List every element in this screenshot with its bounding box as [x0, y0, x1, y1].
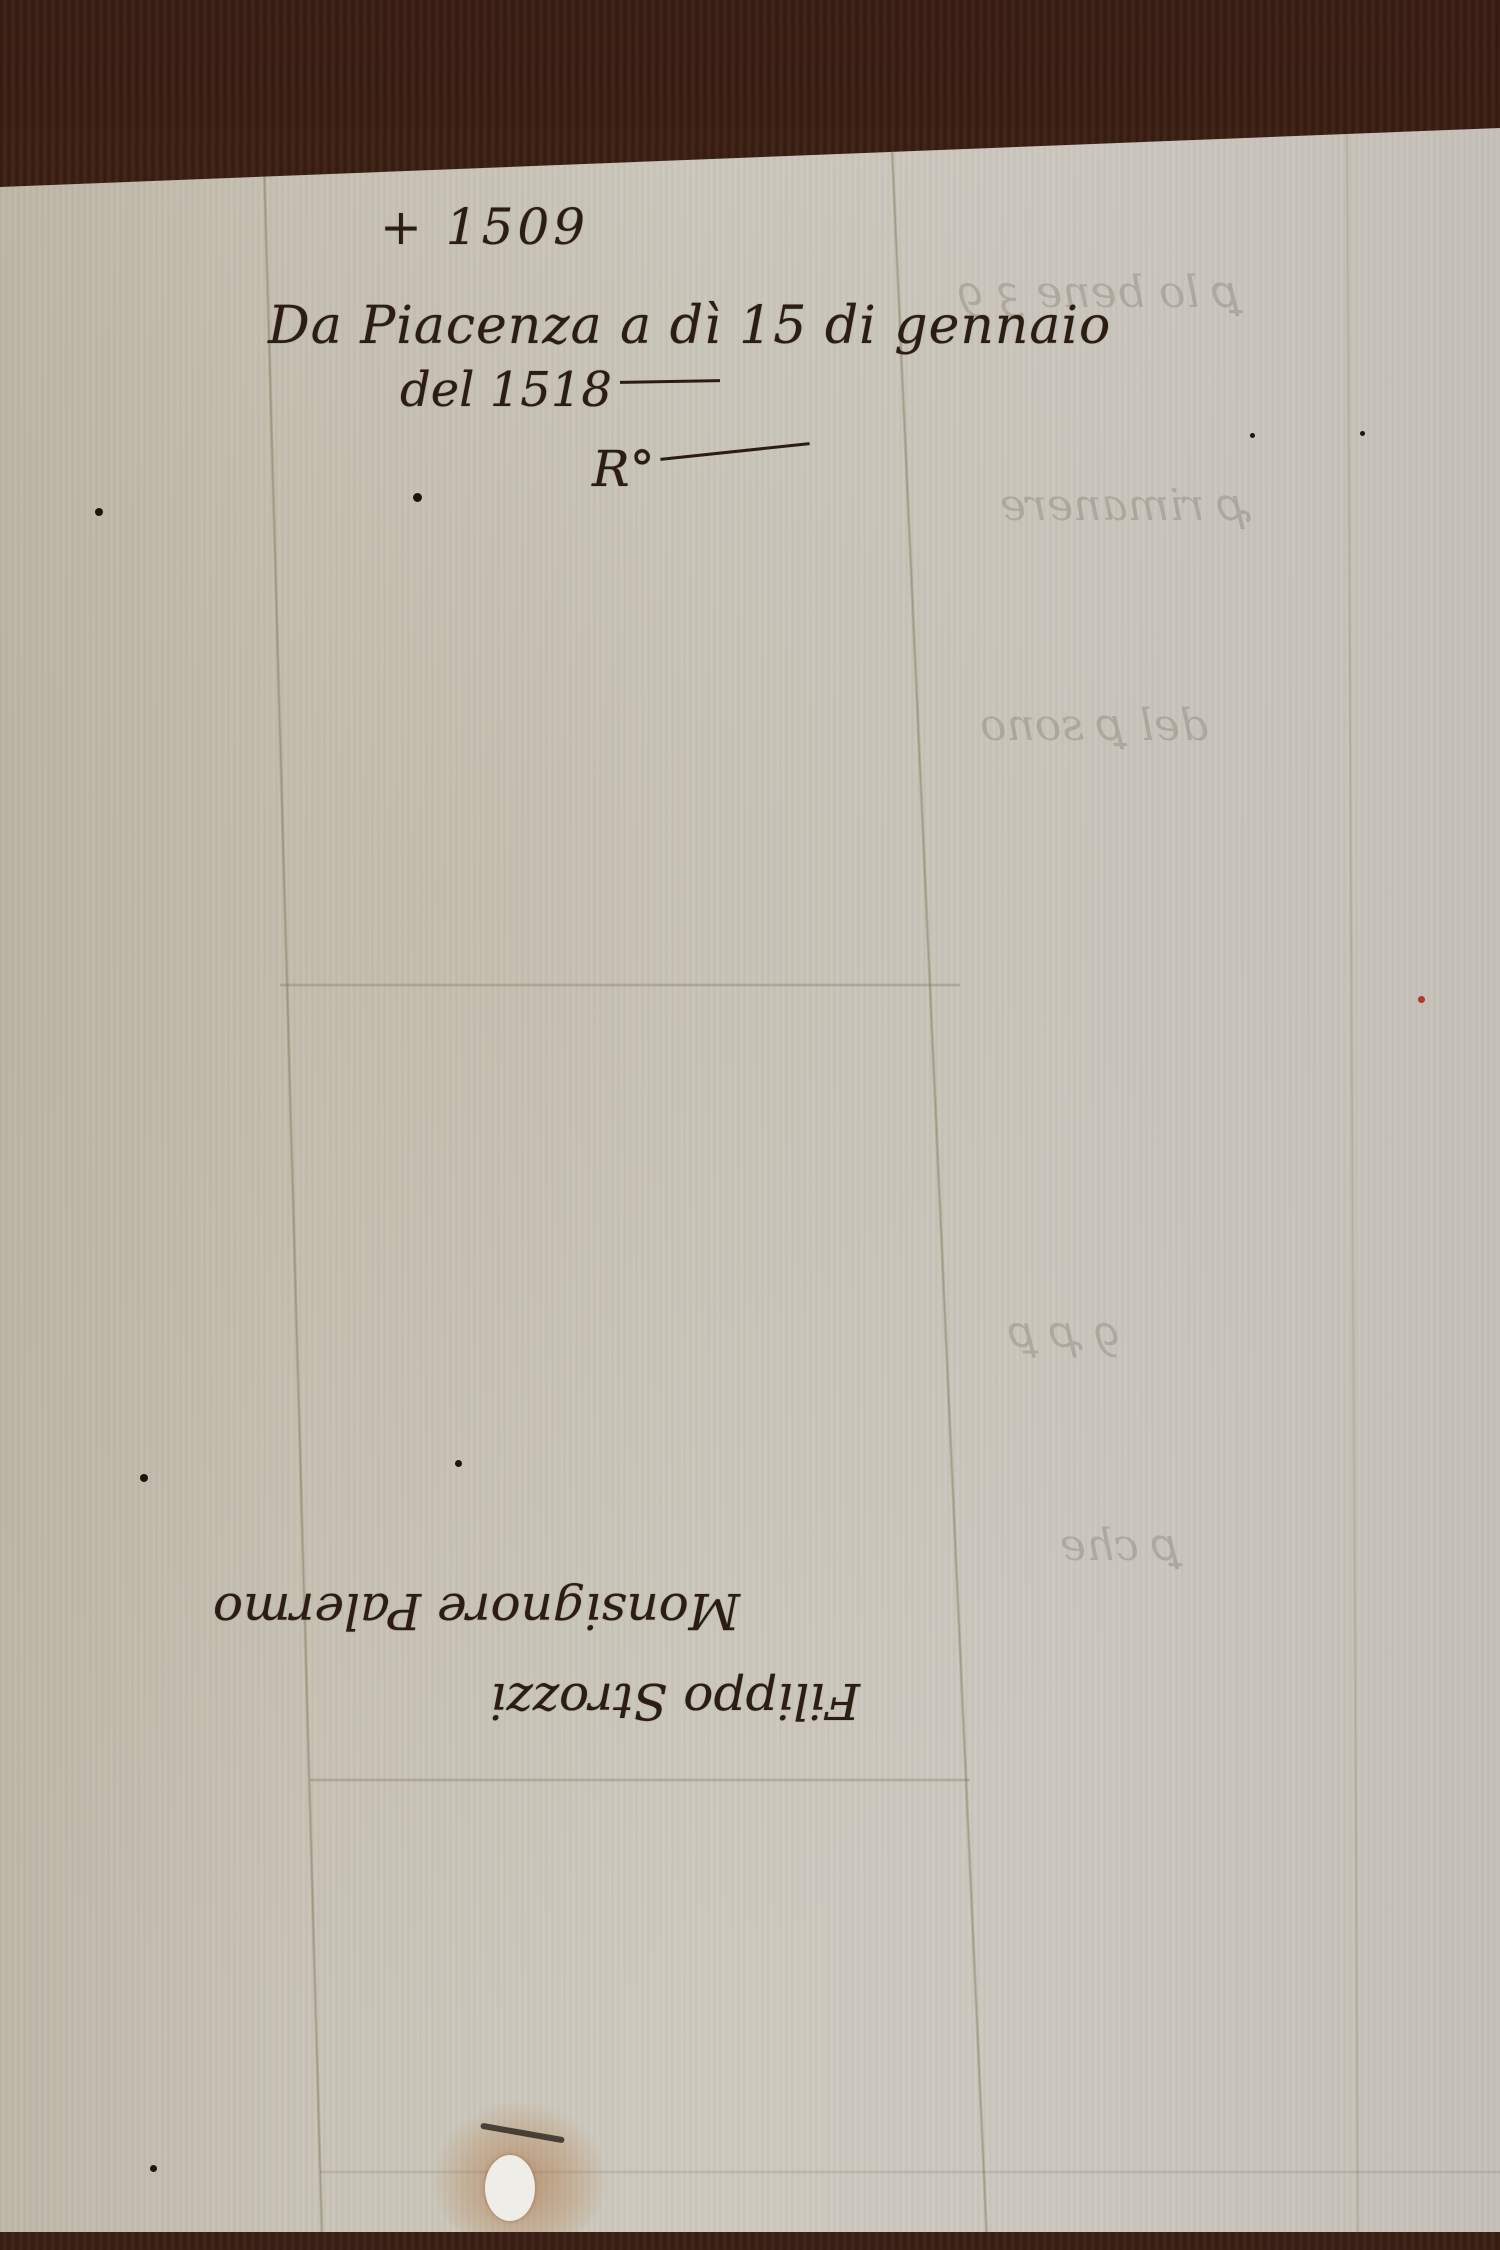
- letter-paper: ꝑ lo bene ꝫ ꝯ ꝓ rimanere del ꝑ sono ꝯ ꝓ …: [0, 0, 1500, 2232]
- ink-dot: [413, 493, 422, 502]
- bleed-through-text: ꝯ ꝓ ꝑ: [1010, 1300, 1122, 1360]
- ink-dot: [1250, 433, 1255, 438]
- annotation-place-date: Da Piacenza a dì 15 di gennaio: [268, 296, 1111, 356]
- annotation-underline-2: [660, 442, 809, 461]
- horizontal-fold-crease: [280, 983, 960, 987]
- horizontal-fold-crease-lower: [310, 1778, 970, 1782]
- ink-dot: [1360, 431, 1365, 436]
- address-block-inverted: Filippo Strozzi Monsignore Palermo: [310, 1530, 870, 1750]
- annotation-underline: [620, 379, 720, 384]
- annotation-year-2: del 1518: [400, 362, 612, 418]
- punched-hole: [485, 2155, 535, 2221]
- ink-dot: [95, 508, 103, 516]
- ink-dot: [150, 2165, 157, 2172]
- ink-dot: [455, 1460, 462, 1467]
- ink-dot: [140, 1474, 148, 1482]
- left-fold-crease: [262, 160, 324, 2239]
- right-fold-crease: [890, 150, 989, 2238]
- annotation-mark: R°: [592, 440, 655, 498]
- annotation-year: + 1509: [380, 198, 589, 256]
- red-spot-mark: [1418, 996, 1425, 1003]
- bleed-through-text: del ꝑ sono: [980, 700, 1208, 751]
- far-right-fold-crease: [1345, 130, 1360, 2240]
- address-line-name: Filippo Strozzi: [490, 1672, 860, 1730]
- bleed-through-text: ꝓ rimanere: [1000, 480, 1253, 531]
- address-line-title: Monsignore Palermo: [213, 1582, 740, 1640]
- bleed-through-text: ꝑ che: [1060, 1520, 1181, 1571]
